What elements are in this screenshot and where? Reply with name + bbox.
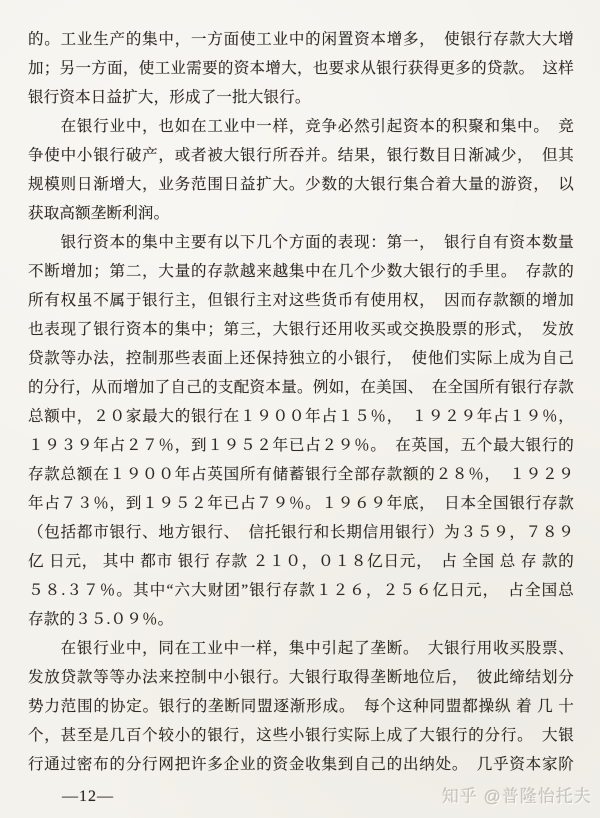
scanned-book-page: 的。工业生产的集中，一方面使工业中的闲置资本增多， 使银行存款大大增 加；另一方… [0,0,600,818]
page-footer: —12— 知乎 @普隆怡托夫 [0,784,600,810]
page-number: —12— [62,784,114,810]
text-line: （包括都市银行、地方银行、 信托银行和长期信用银行）为３５９，７８９ [28,518,574,547]
text-line: 加；另一方面，使工业需要的资本增大，也要求从银行获得更多的贷款。 这样 [28,54,574,83]
text-line: 发放贷款等等办法来控制中小银行。大银行取得垄断地位后， 彼此缔结划分 [28,663,574,692]
text-line: 年占７３％，到１９５２年已占７９％。１９６９年底， 日本全国银行存款 [28,489,574,518]
text-line: 银行资本的集中主要有以下几个方面的表现：第一， 银行自有资本数量 [28,228,574,257]
text-line: 贷款等办法，控制那些表面上还保持独立的小银行， 使他们实际上成为自己 [28,344,574,373]
text-line: 也表现了银行资本的集中；第三，大银行还用收买或交换股票的形式， 发放 [28,315,574,344]
text-line: 势力范围的协定。银行的垄断同盟逐渐形成。 每个这种同盟都操纵 着 几 十 [28,692,574,721]
text-line: 所有权虽不属于银行主，但银行主对这些货币有使用权， 因而存款额的增加 [28,286,574,315]
text-line: 获取高额垄断利润。 [28,199,574,228]
text-line: 存款总额在１９００年占英国所有储蓄银行全部存款额的２８％， １９２９ [28,460,574,489]
text-line: 个，甚至是几百个较小的银行，这些小银行实际上成了大银行的分行。 大银 [28,721,574,750]
text-line: 的。工业生产的集中，一方面使工业中的闲置资本增多， 使银行存款大大增 [28,25,574,54]
zhihu-watermark: 知乎 @普隆怡托夫 [442,784,592,810]
text-line: ５８.３７％。其中“六大财团”银行存款１２６，２５６亿日元， 占全国总 [28,576,574,605]
body-text: 的。工业生产的集中，一方面使工业中的闲置资本增多， 使银行存款大大增 加；另一方… [28,25,574,779]
text-line: １９３９年占２７％，到１９５２年已占２９％。 在英国，五个最大银行的 [28,431,574,460]
text-line: 存款的３５.０９％。 [28,605,574,634]
text-line: 的分行，从而增加了自己的支配资本量。例如，在美国、 在全国所有银行存款 [28,373,574,402]
text-line: 银行资本日益扩大，形成了一批大银行。 [28,83,574,112]
text-line: 不断增加；第二，大量的存款越来越集中在几个少数大银行的手里。 存款的 [28,257,574,286]
text-line: 行通过密布的分行网把许多企业的资金收集到自己的出纳处。 几乎资本家阶 [28,750,574,779]
text-line: 在银行业中，同在工业中一样，集中引起了垄断。 大银行用收买股票、 [28,634,574,663]
text-line: 亿 日元， 其中 都市 银行 存款 ２１０，０１８亿日元， 占 全国 总 存 款… [28,547,574,576]
text-line: 争使中小银行破产，或者被大银行所吞并。结果，银行数目日渐减少， 但其 [28,141,574,170]
text-line: 规模则日渐增大，业务范围日益扩大。少数的大银行集合着大量的游资， 以 [28,170,574,199]
text-line: 总额中，２０家最大的银行在１９００年占１５％， １９２９年占１９％， [28,402,574,431]
text-line: 在银行业中，也如在工业中一样，竞争必然引起资本的积聚和集中。 竞 [28,112,574,141]
